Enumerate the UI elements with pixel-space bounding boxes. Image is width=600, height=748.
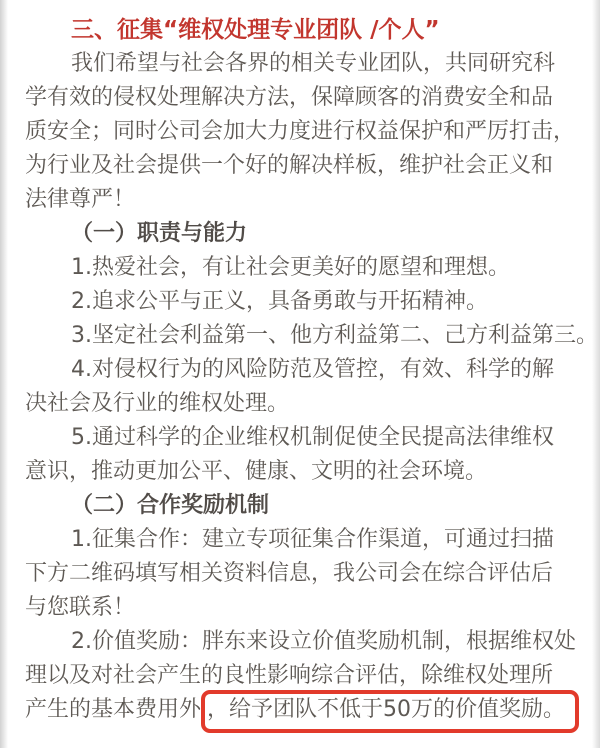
paragraph-line: 法律尊严！ — [25, 183, 586, 217]
paragraph-line: 我们希望与社会各界的相关专业团队，共同研究科 — [25, 47, 586, 81]
list-item-line: 2.追求公平与正义，具备勇敢与开拓精神。 — [25, 285, 586, 319]
subsection-heading-rewards: （二）合作奖励机制 — [25, 489, 586, 523]
list-item-line: 3.坚定社会利益第一、他方利益第二、己方利益第三。 — [25, 319, 586, 353]
list-item-line: 4.对侵权行为的风险防范及管控，有效、科学的解 — [25, 353, 586, 387]
list-item-line: 理以及对社会产生的良性影响综合评估，除维权处理所 — [25, 659, 586, 693]
highlight-red-box: ，给予团队不低于50万的价值奖励。 — [201, 690, 579, 733]
highlighted-reward-line: 产生的基本费用外，给予团队不低于50万的价值奖励。 — [25, 693, 586, 727]
list-item-line: 1.征集合作：建立专项征集合作渠道，可通过扫描 — [25, 523, 586, 557]
highlight-prefix-text: 产生的基本费用外 — [25, 697, 201, 722]
list-item-line: 意识，推动更加公平、健康、文明的社会环境。 — [25, 455, 586, 489]
paragraph-line: 为行业及社会提供一个好的解决样板，维护社会正义和 — [25, 149, 586, 183]
subsection-heading-duties: （一）职责与能力 — [25, 217, 586, 251]
list-item-line: 决社会及行业的维权处理。 — [25, 387, 586, 421]
list-item-line: 1.热爱社会，有让社会更美好的愿望和理想。 — [25, 251, 586, 285]
list-item-line: 2.价值奖励：胖东来设立价值奖励机制，根据维权处 — [25, 625, 586, 659]
paragraph-line: 质安全；同时公司会加大力度进行权益保护和严厉打击， — [25, 115, 586, 149]
list-item-line: 5.通过科学的企业维权机制促使全民提高法律维权 — [25, 421, 586, 455]
list-item-line: 下方二维码填写相关资料信息，我公司会在综合评估后 — [25, 557, 586, 591]
section-title: 三、征集“维权处理专业团队 /个人” — [25, 13, 586, 47]
paragraph-line: 学有效的侵权处理解决方法，保障顾客的消费安全和品 — [25, 81, 586, 115]
article-page: 三、征集“维权处理专业团队 /个人” 我们希望与社会各界的相关专业团队，共同研究… — [0, 0, 600, 727]
list-item-line: 与您联系！ — [25, 591, 586, 625]
